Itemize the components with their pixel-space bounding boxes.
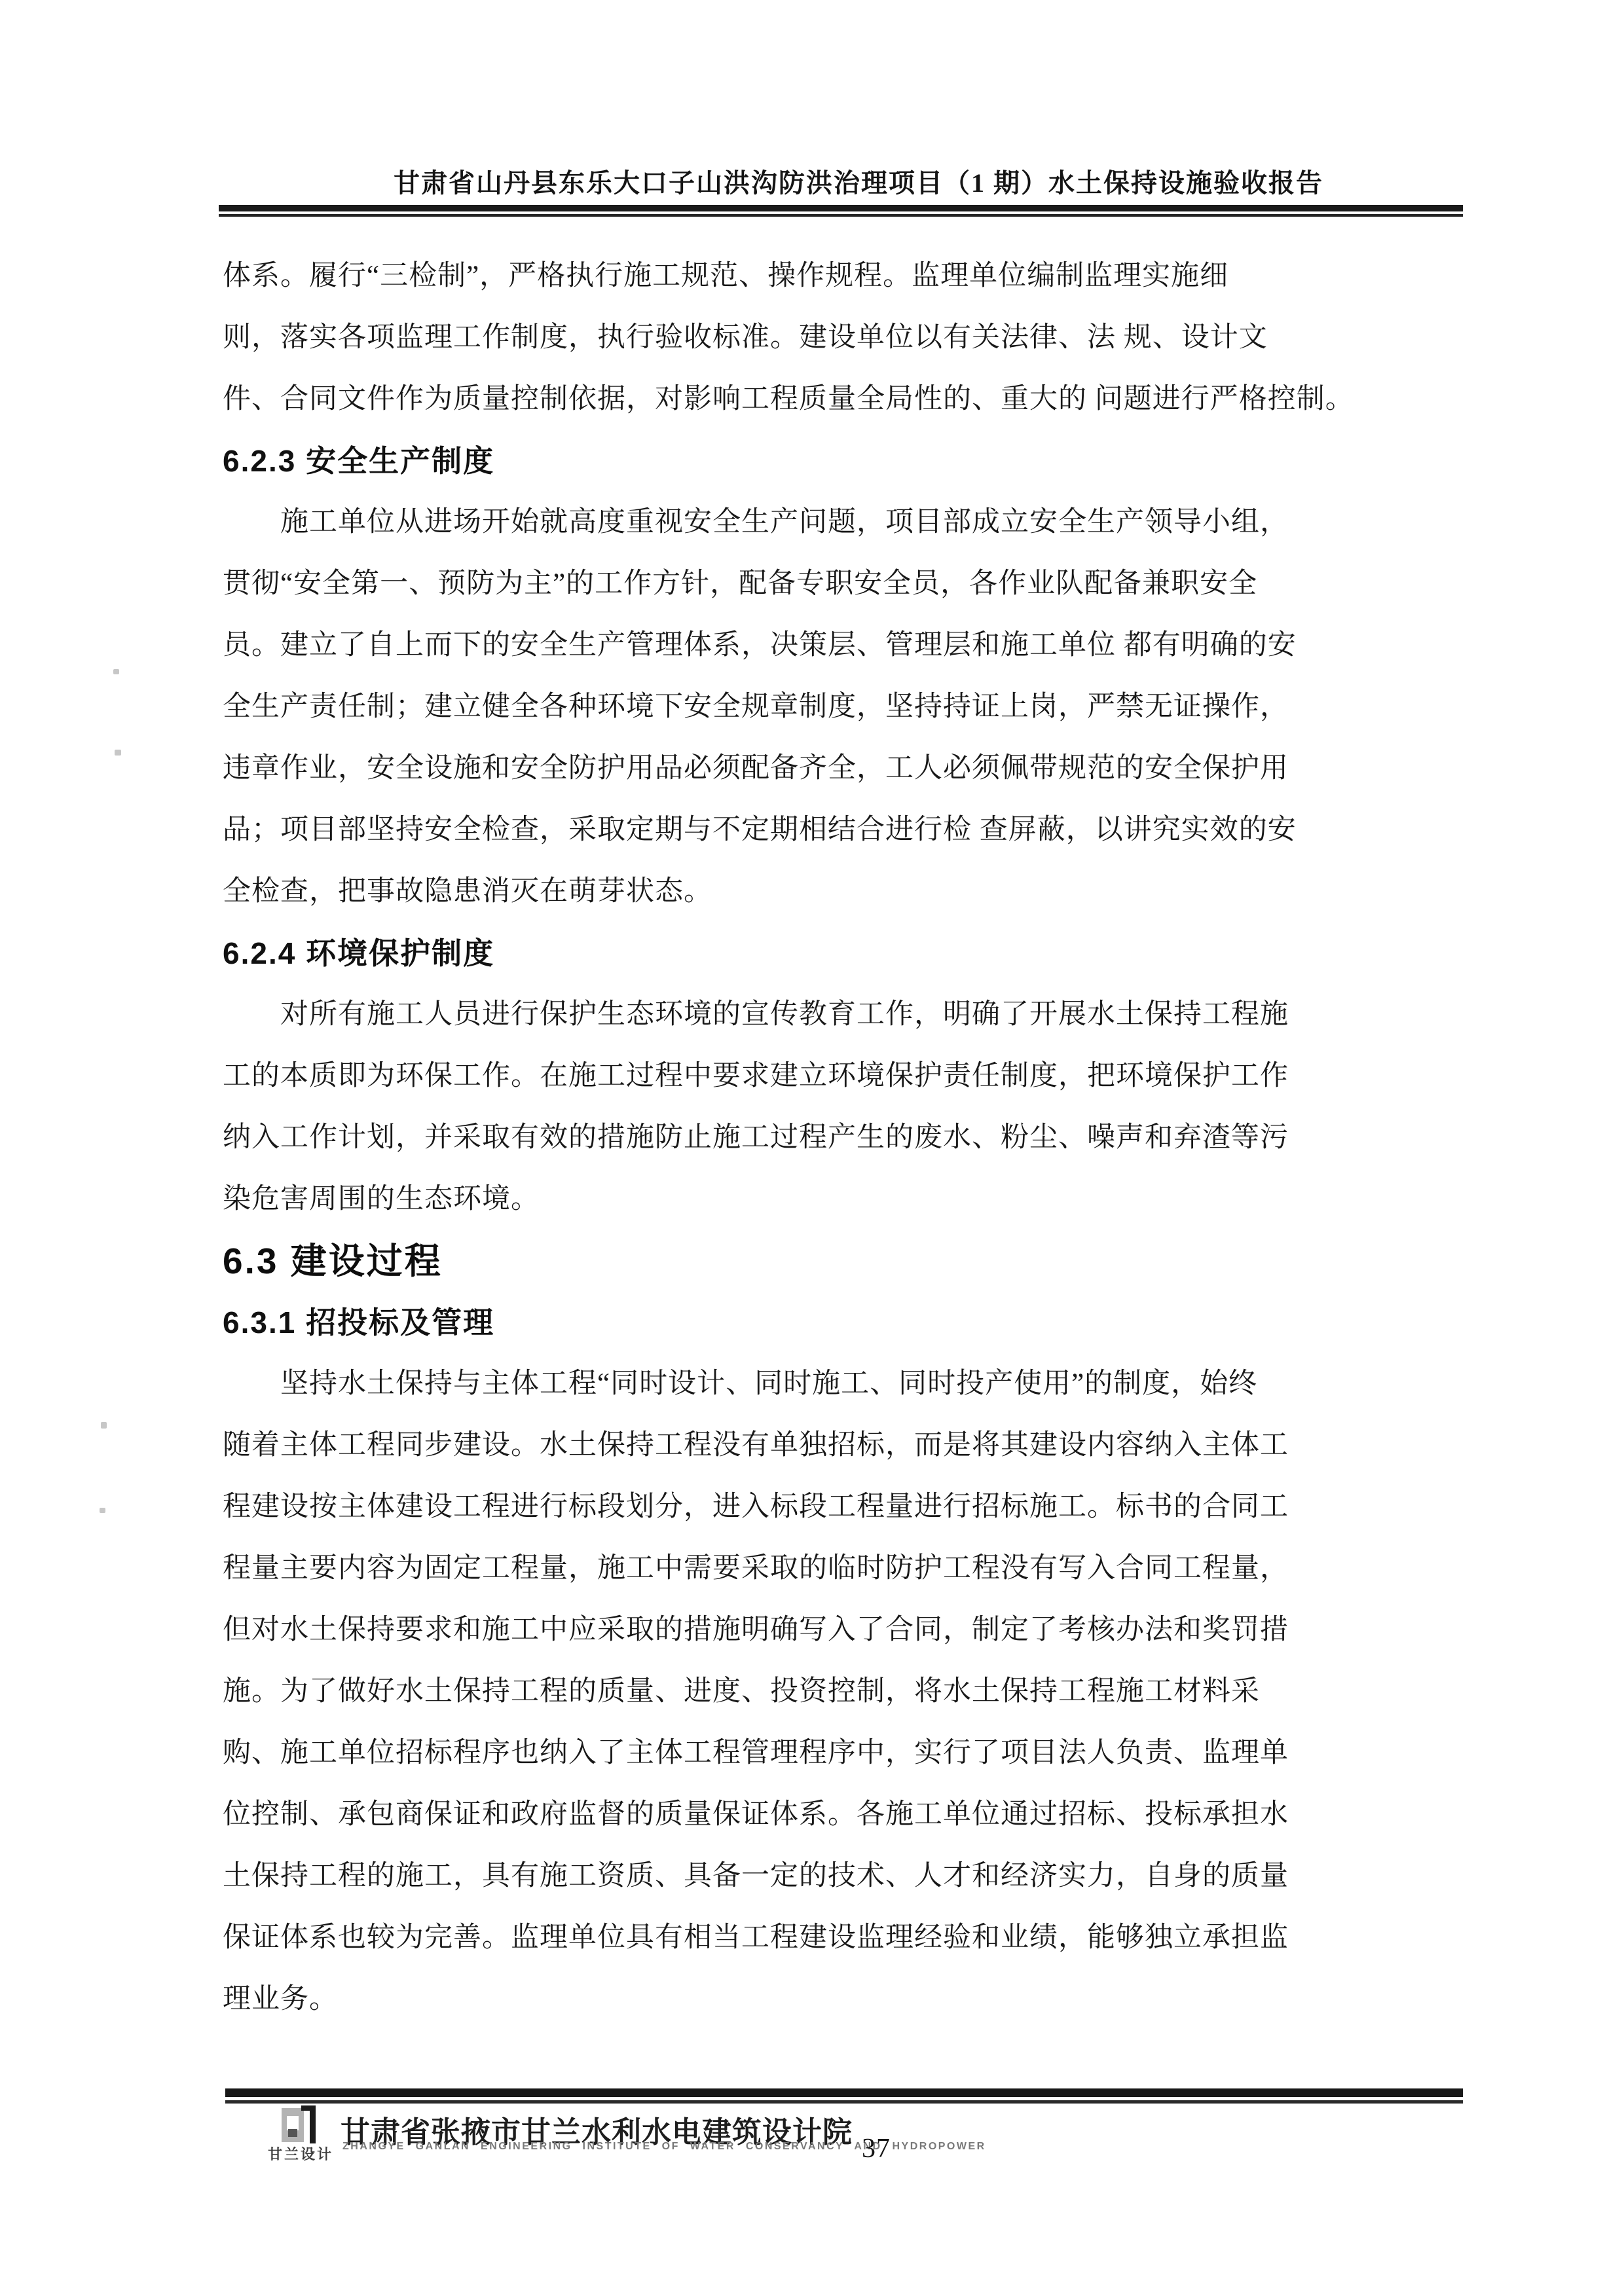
- scan-speck: [101, 1422, 107, 1429]
- body-text-line: 购、施工单位招标程序也纳入了主体工程管理程序中，实行了项目法人负责、监理单: [223, 1722, 1462, 1784]
- body-text-line: 土保持工程的施工，具有施工资质、具备一定的技术、人才和经济实力，自身的质量: [223, 1846, 1462, 1907]
- body-text-line: 违章作业，安全设施和安全防护用品必须配备齐全，工人必须佩带规范的安全保护用: [223, 738, 1462, 799]
- body-text-line: 程建设按主体建设工程进行标段划分，进入标段工程量进行招标施工。标书的合同工: [223, 1476, 1462, 1538]
- scan-speck: [113, 669, 119, 674]
- body-text-line: 坚持水土保持与主体工程“同时设计、同时施工、同时投产使用”的制度，始终: [223, 1353, 1462, 1415]
- body-text-line: 位控制、承包商保证和政府监督的质量保证体系。各施工单位通过招标、投标承担水: [223, 1784, 1462, 1846]
- section-heading: 6.2.3 安全生产制度: [223, 430, 1462, 492]
- footer-rule: [225, 2088, 1463, 2104]
- body-text-line: 施。为了做好水土保持工程的质量、进度、投资控制，将水土保持工程施工材料采: [223, 1661, 1462, 1722]
- scan-speck: [100, 1508, 105, 1513]
- section-heading: 6.2.4 环境保护制度: [223, 922, 1462, 984]
- body-text-line: 对所有施工人员进行保护生态环境的宣传教育工作，明确了开展水土保持工程施: [223, 984, 1462, 1046]
- body-text-line: 但对水土保持要求和施工中应采取的措施明确写入了合同，制定了考核办法和奖罚措: [223, 1599, 1462, 1661]
- logo-caption: 甘兰设计: [257, 2143, 344, 2164]
- body-text-line: 理业务。: [223, 1969, 1462, 2030]
- logo-square-inner: [287, 2116, 299, 2130]
- body-text-line: 工的本质即为环保工作。在施工过程中要求建立环境保护责任制度，把环境保护工作: [223, 1046, 1462, 1107]
- body-text-line: 全检查，把事故隐患消灭在萌芽状态。: [223, 861, 1462, 922]
- section-heading: 6.3.1 招投标及管理: [223, 1292, 1462, 1353]
- body-text-line: 纳入工作计划，并采取有效的措施防止施工过程产生的废水、粉尘、噪声和弃渣等污: [223, 1107, 1462, 1169]
- body-text-line: 则，落实各项监理工作制度，执行验收标准。建设单位以有关法律、法 规、设计文: [223, 307, 1462, 369]
- document-body: 体系。履行“三检制”，严格执行施工规范、操作规程。监理单位编制监理实施细则，落实…: [223, 246, 1462, 2030]
- section-heading: 6.3 建设过程: [223, 1230, 1462, 1292]
- header-rule: [219, 205, 1463, 217]
- page-header-title: 甘肃省山丹县东乐大口子山洪沟防洪治理项目（1 期）水土保持设施验收报告: [223, 162, 1462, 200]
- body-text-line: 全生产责任制；建立健全各种环境下安全规章制度，坚持持证上岗，严禁无证操作，: [223, 676, 1462, 738]
- scan-speck: [115, 750, 121, 756]
- page-number: 37: [862, 2133, 891, 2164]
- header-rule-thin: [219, 214, 1463, 217]
- body-text-line: 随着主体工程同步建设。水土保持工程没有单独招标，而是将其建设内容纳入主体工: [223, 1415, 1462, 1476]
- logo-square-shape: [282, 2108, 304, 2142]
- body-text-line: 员。建立了自上而下的安全生产管理体系，决策层、管理层和施工单位 都有明确的安: [223, 615, 1462, 676]
- body-text-line: 贯彻“安全第一、预防为主”的工作方针，配备专职安全员，各作业队配备兼职安全: [223, 553, 1462, 615]
- logo-square-dot: [288, 2129, 297, 2137]
- logo-bar-shape: [310, 2105, 316, 2143]
- body-text-line: 件、合同文件作为质量控制依据，对影响工程质量全局性的、重大的 问题进行严格控制。: [223, 369, 1462, 430]
- footer-rule-thin: [225, 2100, 1463, 2104]
- document-page: { "page": { "header": { "title": "甘肃省山丹县…: [0, 0, 1624, 2296]
- body-text-line: 施工单位从进场开始就高度重视安全生产问题，项目部成立安全生产领导小组，: [223, 492, 1462, 553]
- body-text-line: 染危害周围的生态环境。: [223, 1169, 1462, 1230]
- body-text-line: 体系。履行“三检制”，严格执行施工规范、操作规程。监理单位编制监理实施细: [223, 246, 1462, 307]
- body-text-line: 保证体系也较为完善。监理单位具有相当工程建设监理经验和业绩，能够独立承担监: [223, 1907, 1462, 1969]
- institute-logo-icon: [282, 2105, 320, 2145]
- footer-rule-thick: [225, 2088, 1463, 2097]
- body-text-line: 程量主要内容为固定工程量，施工中需要采取的临时防护工程没有写入合同工程量，: [223, 1538, 1462, 1599]
- body-text-line: 品；项目部坚持安全检查，采取定期与不定期相结合进行检 查屏蔽，以讲究实效的安: [223, 799, 1462, 861]
- header-rule-thick: [219, 205, 1463, 211]
